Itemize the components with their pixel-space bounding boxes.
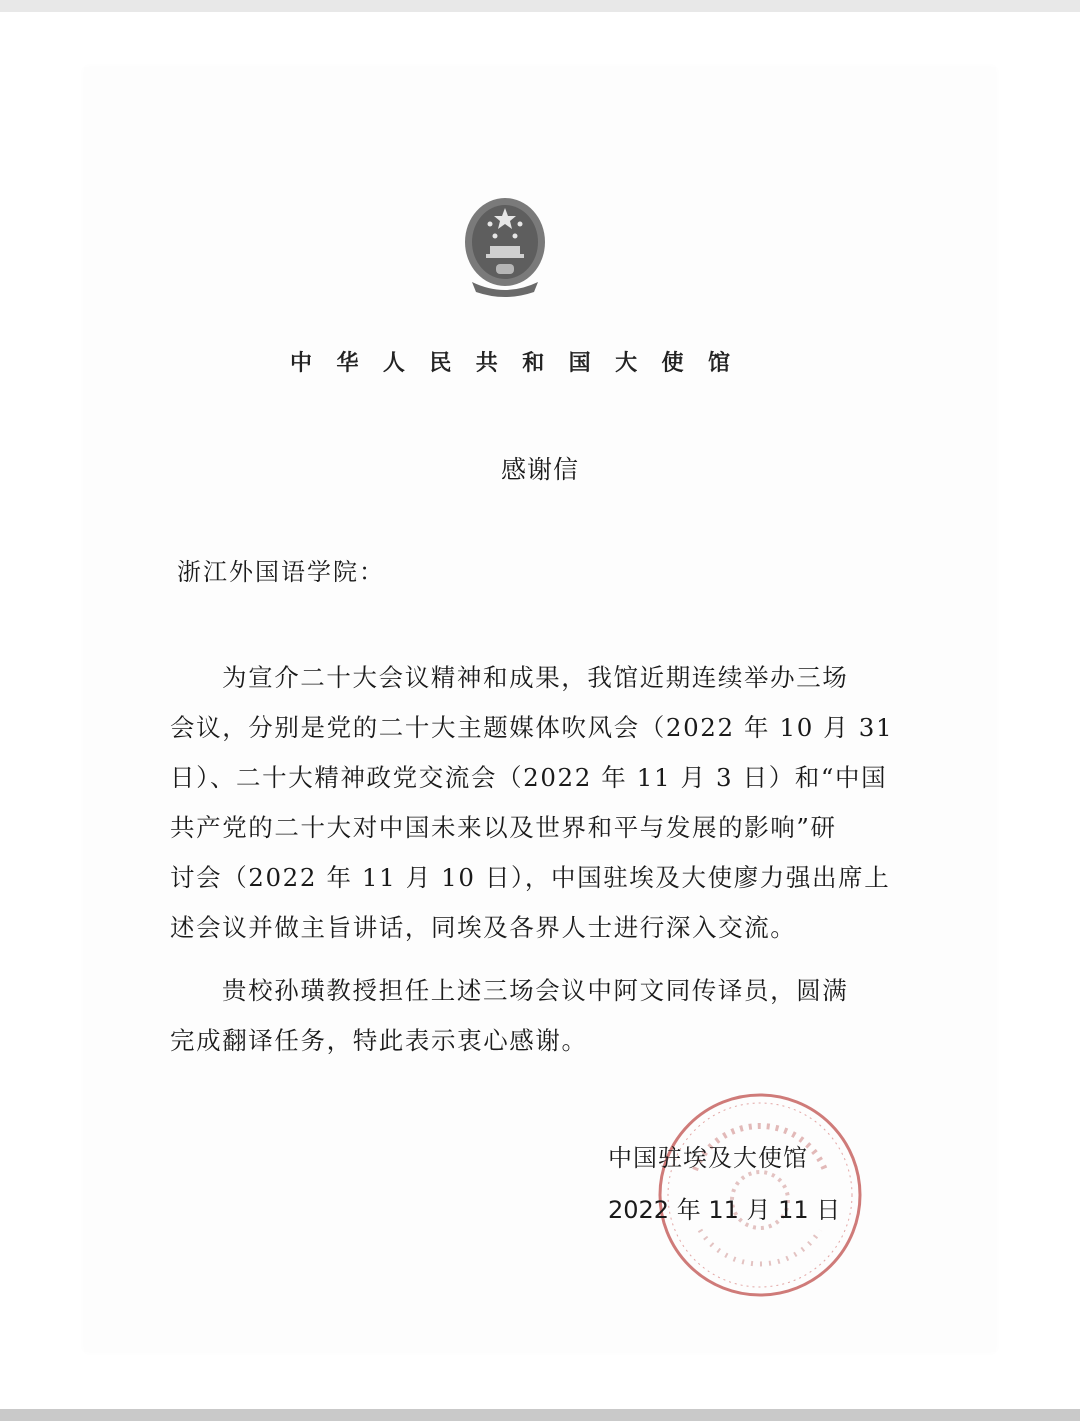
body-line: 共产党的二十大对中国未来以及世界和平与发展的影响”研: [170, 803, 890, 853]
body-line: 贵校孙璜教授担任上述三场会议中阿文同传译员，圆满: [170, 966, 890, 1016]
letterhead-char: 国: [569, 346, 591, 377]
bottom-border-bar: [0, 1409, 1080, 1421]
signing-date: 2022 年 11 月 11 日: [608, 1190, 840, 1230]
letterhead-char: 华: [336, 346, 358, 377]
letter-body: 为宣介二十大会议精神和成果，我馆近期连续举办三场 会议，分别是党的二十大主题媒体…: [170, 653, 890, 1066]
signature-block: 中国驻埃及大使馆 2022 年 11 月 11 日: [608, 1138, 840, 1230]
letter-title: 感谢信: [0, 450, 1080, 486]
letterhead-char: 和: [522, 346, 544, 377]
national-emblem-icon: [460, 194, 550, 302]
recipient-salutation: 浙江外国语学院：: [177, 552, 385, 587]
body-line: 完成翻译任务，特此表示衷心感谢。: [170, 1016, 890, 1066]
letterhead-char: 大: [615, 346, 637, 377]
letterhead-char: 民: [429, 346, 451, 377]
body-line: 为宣介二十大会议精神和成果，我馆近期连续举办三场: [170, 653, 890, 703]
top-border-bar: [0, 0, 1080, 12]
letterhead-char: 中: [290, 346, 312, 377]
letterhead-char: 人: [383, 346, 405, 377]
embassy-letterhead: 中 华 人 民 共 和 国 大 使 馆: [290, 346, 730, 377]
letterhead-char: 使: [662, 346, 684, 377]
letterhead-char: 共: [476, 346, 498, 377]
body-line: 日）、二十大精神政党交流会（2022 年 11 月 3 日）和“中国: [170, 753, 890, 803]
body-line: 会议，分别是党的二十大主题媒体吹风会（2022 年 10 月 31: [170, 703, 890, 753]
letterhead-char: 馆: [708, 346, 730, 377]
body-line: 述会议并做主旨讲话，同埃及各界人士进行深入交流。: [170, 903, 890, 953]
signing-organization: 中国驻埃及大使馆: [608, 1138, 840, 1190]
body-line: 讨会（2022 年 11 月 10 日），中国驻埃及大使廖力强出席上: [170, 853, 890, 903]
